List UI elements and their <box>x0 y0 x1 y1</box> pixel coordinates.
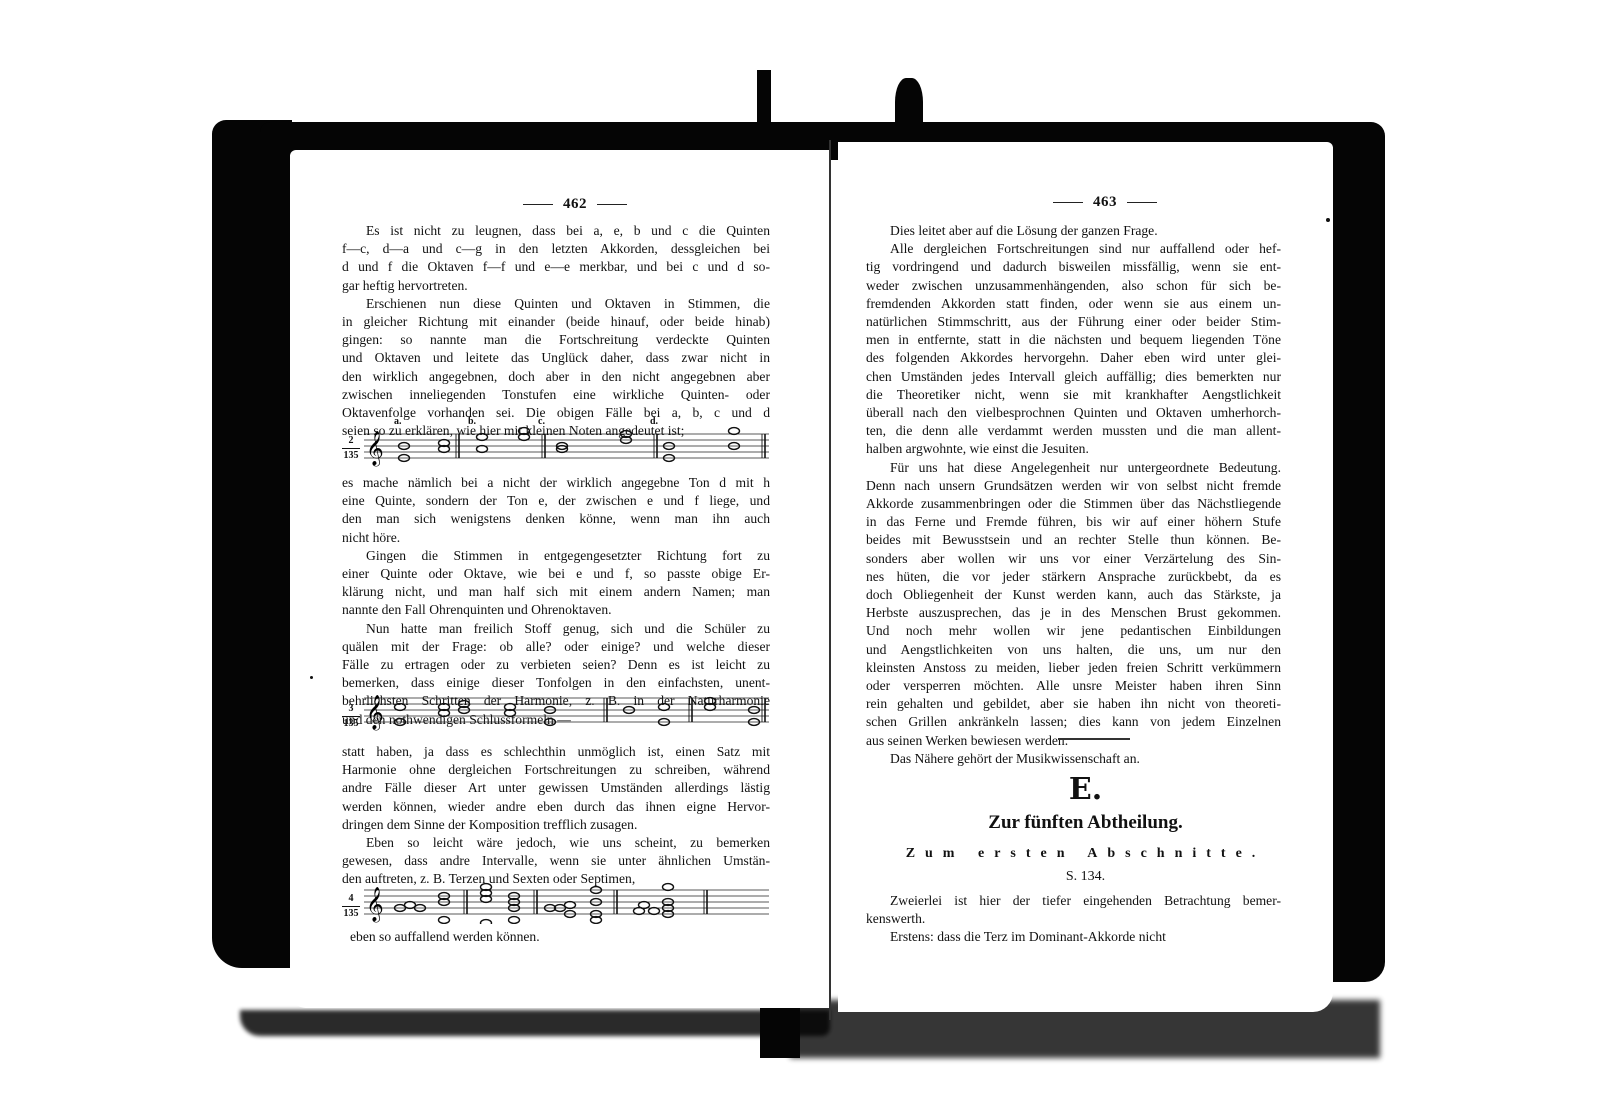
scan-artifact <box>895 78 923 138</box>
text-line: fremdenden Akkorden statt finden, oder w… <box>866 295 1281 313</box>
text-line: f—c, d—a und c—g in den letzten Akkorden… <box>342 240 770 258</box>
figure-number: 2 135 <box>342 434 360 463</box>
paragraph: Dies leitet aber auf die Lösung der ganz… <box>866 222 1281 240</box>
text-line: Erstens: dass die Terz im Dominant-Akkor… <box>866 928 1281 946</box>
svg-text:𝄞: 𝄞 <box>366 431 384 467</box>
right-page-number: 463 <box>1020 194 1190 211</box>
text-line: Für uns hat diese Angelegenheit nur unte… <box>866 459 1281 477</box>
text-line: des folgenden Akkordes hervorgehn. Daher… <box>866 349 1281 367</box>
text-line: und Oktaven und leitete das Unglück dahe… <box>342 349 770 367</box>
text-line: dringen dem Sinne der Komposition treffl… <box>342 816 770 834</box>
text-line: überall nach den vielbesprochnen Quinten… <box>866 404 1281 422</box>
right-page-text-block-2: Zweierlei ist hier der tiefer eingehende… <box>866 892 1281 947</box>
text-line: es mache nämlich bei a nicht der wirklic… <box>342 474 770 492</box>
text-line: in das Ferne und Fremde führen, bis wir … <box>866 513 1281 531</box>
left-page-closing-line: eben so auffallend werden können. <box>350 928 778 946</box>
music-staff: 𝄞 <box>364 880 774 924</box>
text-line: chen Umständen jedes Intervall gleich au… <box>866 368 1281 386</box>
text-line: gingen: so nannte man die Fortschreitung… <box>342 331 770 349</box>
appendix-letter: E. <box>838 772 1333 807</box>
text-line: kenswerth. <box>866 910 1281 928</box>
text-line: Alle dergleichen Fortschreitungen sind n… <box>866 240 1281 258</box>
text-line: den wirklich angegebnen, doch aber in de… <box>342 368 770 386</box>
text-line: nes hüten, die vor jeder stärkern Anspra… <box>866 568 1281 586</box>
book-edge-bottom-left <box>240 1010 830 1036</box>
section-divider <box>1058 738 1130 740</box>
paragraph: Das Nähere gehört der Musikwissenschaft … <box>866 750 1281 768</box>
text-line: die Theoretiker nicht, wenn sie mit kran… <box>866 386 1281 404</box>
text-line: Harmonie ohne dergleichen Fortschreitung… <box>342 761 770 779</box>
text-line: Und noch mehr wollen wir jene pedantisch… <box>866 622 1281 640</box>
scan-artifact <box>760 1000 800 1058</box>
text-line: weder zwischen unzusammenhängenden, also… <box>866 277 1281 295</box>
text-line: zwischen inneliegenden Tonstufen eine wi… <box>342 386 770 404</box>
paragraph: Erstens: dass die Terz im Dominant-Akkor… <box>866 928 1281 946</box>
paragraph: Für uns hat diese Angelegenheit nur unte… <box>866 459 1281 750</box>
music-staff: 𝄞 <box>364 692 774 738</box>
text-line: Fälle zu ertragen oder zu verbieten seie… <box>342 656 770 674</box>
paragraph: es mache nämlich bei a nicht der wirklic… <box>342 474 770 547</box>
paragraph: statt haben, ja dass es schlechthin unmö… <box>342 743 770 834</box>
left-page-text-block-1: Es ist nicht zu leugnen, dass bei a, e, … <box>342 222 770 440</box>
text-line: natürlichen Stimmschritt, aus der Führun… <box>866 313 1281 331</box>
text-line: eine Quinte, sondern der Ton e, der zwis… <box>342 492 770 510</box>
text-line: schen Grillen ankränkeln lassen; dies ka… <box>866 713 1281 731</box>
text-line: tig vordringend und dadurch bisweilen mi… <box>866 258 1281 276</box>
text-line: sonders aber wollen wir uns vor einer Ve… <box>866 550 1281 568</box>
text-line: nicht höre. <box>342 529 770 547</box>
text-line: d und f die Oktaven f—f und e—e merkbar,… <box>342 258 770 276</box>
music-example-2: 2 135 a. b. c. d. 𝄞 <box>342 420 772 472</box>
paragraph: Erschienen nun diese Quinten und Oktaven… <box>342 295 770 441</box>
text-line: in gleicher Richtung mit einander (beide… <box>342 313 770 331</box>
scan-speck <box>310 676 313 679</box>
text-line: beides mit Bewusstsein und an rechter St… <box>866 531 1281 549</box>
text-line: Das Nähere gehört der Musikwissenschaft … <box>866 750 1281 768</box>
figure-number: 3 135 <box>342 702 360 731</box>
paragraph: Alle dergleichen Fortschreitungen sind n… <box>866 240 1281 458</box>
paragraph: Gingen die Stimmen in entgegengesetzter … <box>342 547 770 620</box>
text-line: Akkorde zusammenbringen oder die Stimmen… <box>866 495 1281 513</box>
text-line: quälen mit der Frage: ob alle? oder eini… <box>342 638 770 656</box>
section-title: Zur fünften Abtheilung. <box>838 812 1333 834</box>
text-line: gar heftig hervortreten. <box>342 277 770 295</box>
music-example-3: 3 135 𝄞 <box>342 690 772 738</box>
text-line: Es ist nicht zu leugnen, dass bei a, e, … <box>342 222 770 240</box>
text-line: Dies leitet aber auf die Lösung der ganz… <box>866 222 1281 240</box>
text-line: gewesen, dass andre Intervalle, wenn sie… <box>342 852 770 870</box>
text-line: aus seinen Werken bewiesen werden. <box>866 732 1281 750</box>
svg-text:𝄞: 𝄞 <box>366 695 384 731</box>
text-line: einer Quinte oder Oktave, wie bei e und … <box>342 565 770 583</box>
text-line: den man sich wenigstens denken könne, we… <box>342 510 770 528</box>
text-line: Erschienen nun diese Quinten und Oktaven… <box>342 295 770 313</box>
text-line: kleinsten Anstoss zu meiden, lieber jede… <box>866 659 1281 677</box>
text-line: statt haben, ja dass es schlechthin unmö… <box>342 743 770 761</box>
paragraph: Es ist nicht zu leugnen, dass bei a, e, … <box>342 222 770 295</box>
figure-number: 4 135 <box>342 892 360 921</box>
text-line: werden können, wieder andre eben durch d… <box>342 798 770 816</box>
text-line: und Aengstlichkeiten von uns halten, die… <box>866 641 1281 659</box>
text-line: ten, die denn alle verdammt werden musst… <box>866 422 1281 440</box>
left-page-number: 462 <box>490 196 660 213</box>
text-line: rein gehalten und gebildet, aber sie hab… <box>866 695 1281 713</box>
paragraph: Zweierlei ist hier der tiefer eingehende… <box>866 892 1281 928</box>
text-line: Eben so leicht wäre jedoch, wie uns sche… <box>342 834 770 852</box>
music-staff: 𝄞 <box>364 426 774 470</box>
text-line: Gingen die Stimmen in entgegengesetzter … <box>342 547 770 565</box>
text-line: klärung nicht, und man half sich mit ein… <box>342 583 770 601</box>
text-line: Nun hatte man freilich Stoff genug, sich… <box>342 620 770 638</box>
scan-speck <box>1326 218 1330 222</box>
scan-artifact <box>757 70 771 140</box>
text-line: doch Obliegenheit der Kunst werden kann,… <box>866 586 1281 604</box>
book-edge-left <box>212 120 292 968</box>
text-line: andre Fälle dieser Art unter gewissen Um… <box>342 779 770 797</box>
text-line: men in entfernte, statt in die nächsten … <box>866 331 1281 349</box>
text-line: Zweierlei ist hier der tiefer eingehende… <box>866 892 1281 910</box>
text-line: nannte den Fall Ohrenquinten und Ohrenok… <box>342 601 770 619</box>
text-line: Denn nach unsern Grundsätzen werden wir … <box>866 477 1281 495</box>
subsection-title: Zum ersten Abschnitte. <box>838 846 1333 862</box>
section-reference: S. 134. <box>838 869 1333 885</box>
right-page-text-block-1: Dies leitet aber auf die Lösung der ganz… <box>866 222 1281 768</box>
svg-text:𝄞: 𝄞 <box>366 887 384 923</box>
left-page-text-block-3: statt haben, ja dass es schlechthin unmö… <box>342 743 770 889</box>
text-line: Herbste auszusprechen, das je in des Men… <box>866 604 1281 622</box>
text-line: oder versperren möchten. Alle unsre Meis… <box>866 677 1281 695</box>
music-example-4: 4 135 𝄞 <box>342 880 772 924</box>
text-line: halben argwohnte, wie einst die Jesuiten… <box>866 440 1281 458</box>
book-gutter <box>829 140 831 1020</box>
